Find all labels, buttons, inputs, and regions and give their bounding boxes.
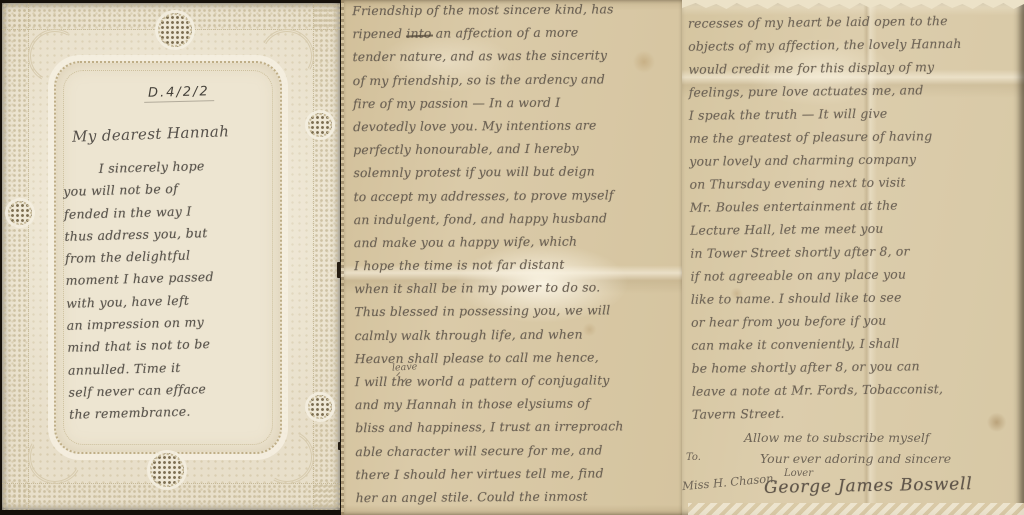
handwritten-line: her an angel stile. Could the inmost [356,488,684,513]
handwritten-line: an indulgent, fond, and happy husband [354,210,682,235]
photograph-of-valentine-letter: D.4/2/2 My dearest Hannah I sincerely ho… [0,0,1024,515]
handwritten-line: and make you a happy wife, which [354,233,682,258]
handwritten-line: I hope the time is not far distant [354,256,682,281]
handwritten-line: Mr. Boules entertainment at the [690,196,1022,222]
handwritten-line: solemnly protest if you will but deign [353,163,681,188]
handwritten-line: tender nature, and as was the sincerity [353,47,681,72]
handwritten-line: fire of my passion — In a word I [353,94,681,119]
lace-trim-under-page [688,503,1024,515]
middle-page-handwriting: Friendship of the most sincere kind, has… [352,1,684,513]
handwritten-line: calmly walk through life, and when [354,325,682,350]
handwritten-line: leave a note at Mr. Fords, Tobacconist, [692,380,1024,406]
right-page-handwriting: recesses of my heart be laid open to the… [688,12,1024,429]
handwritten-line: on Thursday evening next to visit [690,173,1022,199]
handwritten-line: and my Hannah in those elysiums of [355,395,683,420]
handwritten-line: in Tower Street shortly after 8, or [690,242,1022,268]
binding-mark [337,262,341,278]
handwritten-line: perfectly honourable, and I hereby [353,140,681,165]
closing-line: Your ever adoring and sincere [760,451,951,466]
lace-border-left [2,3,29,510]
letter-page-middle: Friendship of the most sincere kind, has… [341,0,685,515]
letter-page-right: recesses of my heart be laid open to the… [682,0,1024,515]
handwritten-line: devotedly love you. My intentions are [353,117,681,142]
lace-border-right [313,3,340,510]
handwritten-line: Thus blessed in possessing you, we will [354,302,682,327]
handwritten-line: objects of my affection, the lovely Hann… [688,35,1020,61]
handwritten-line: me the greatest of pleasure of having [689,127,1021,153]
inserted-word-above-line: leave [392,361,418,373]
handwritten-line: your lovely and charming company [689,150,1021,176]
handwritten-line: of my friendship, so is the ardency and [353,70,681,95]
handwritten-line: Lecture Hall, let me meet you [690,219,1022,245]
lace-valentine-page: D.4/2/2 My dearest Hannah I sincerely ho… [2,3,340,510]
archive-reference-code: D.4/2/2 [144,84,214,103]
lace-medallion-ornament [158,13,192,47]
handwritten-line: able character will secure for me, and [355,441,683,466]
handwritten-line: Tavern Street. [692,403,1024,429]
handwritten-line: recesses of my heart be laid open to the [688,12,1020,38]
handwritten-line: I speak the truth — It will give [689,104,1021,130]
lace-medallion-ornament [308,395,332,419]
handwritten-line: if not agreeable on any place you [690,265,1022,291]
handwritten-line: would credit me for this display of my [688,58,1020,84]
torn-deckle-edge [682,0,1024,9]
handwritten-line: be home shortly after 8, or you can [691,357,1023,383]
left-page-handwriting: I sincerely hopeyou will not be offended… [63,156,286,429]
lace-medallion-ornament [150,453,184,487]
handwritten-line: to accept my addresses, to prove myself [354,186,682,211]
handwritten-line: can make it conveniently, I shall [691,334,1023,360]
handwritten-line: or hear from you before if you [691,311,1023,337]
handwritten-line: there I should her virtues tell me, find [355,465,683,490]
addressee-prefix: To. [686,452,701,463]
signature: George James Boswell [764,474,973,498]
handwritten-line: when it shall be in my power to do so. [354,279,682,304]
handwritten-line: feelings, pure love actuates me, and [689,81,1021,107]
lace-medallion-ornament [8,201,32,225]
handwritten-line: like to name. I should like to see [691,288,1023,314]
lace-medallion-ornament [308,113,332,137]
binding-mark [338,442,341,450]
handwritten-line: bliss and happiness, I trust an irreproa… [355,418,683,443]
closing-line: Allow me to subscribe myself [744,430,930,445]
handwritten-line: ripened into an affection of a more [352,24,680,49]
handwritten-line: Friendship of the most sincere kind, has [352,1,680,26]
lace-border-bottom [2,483,340,510]
